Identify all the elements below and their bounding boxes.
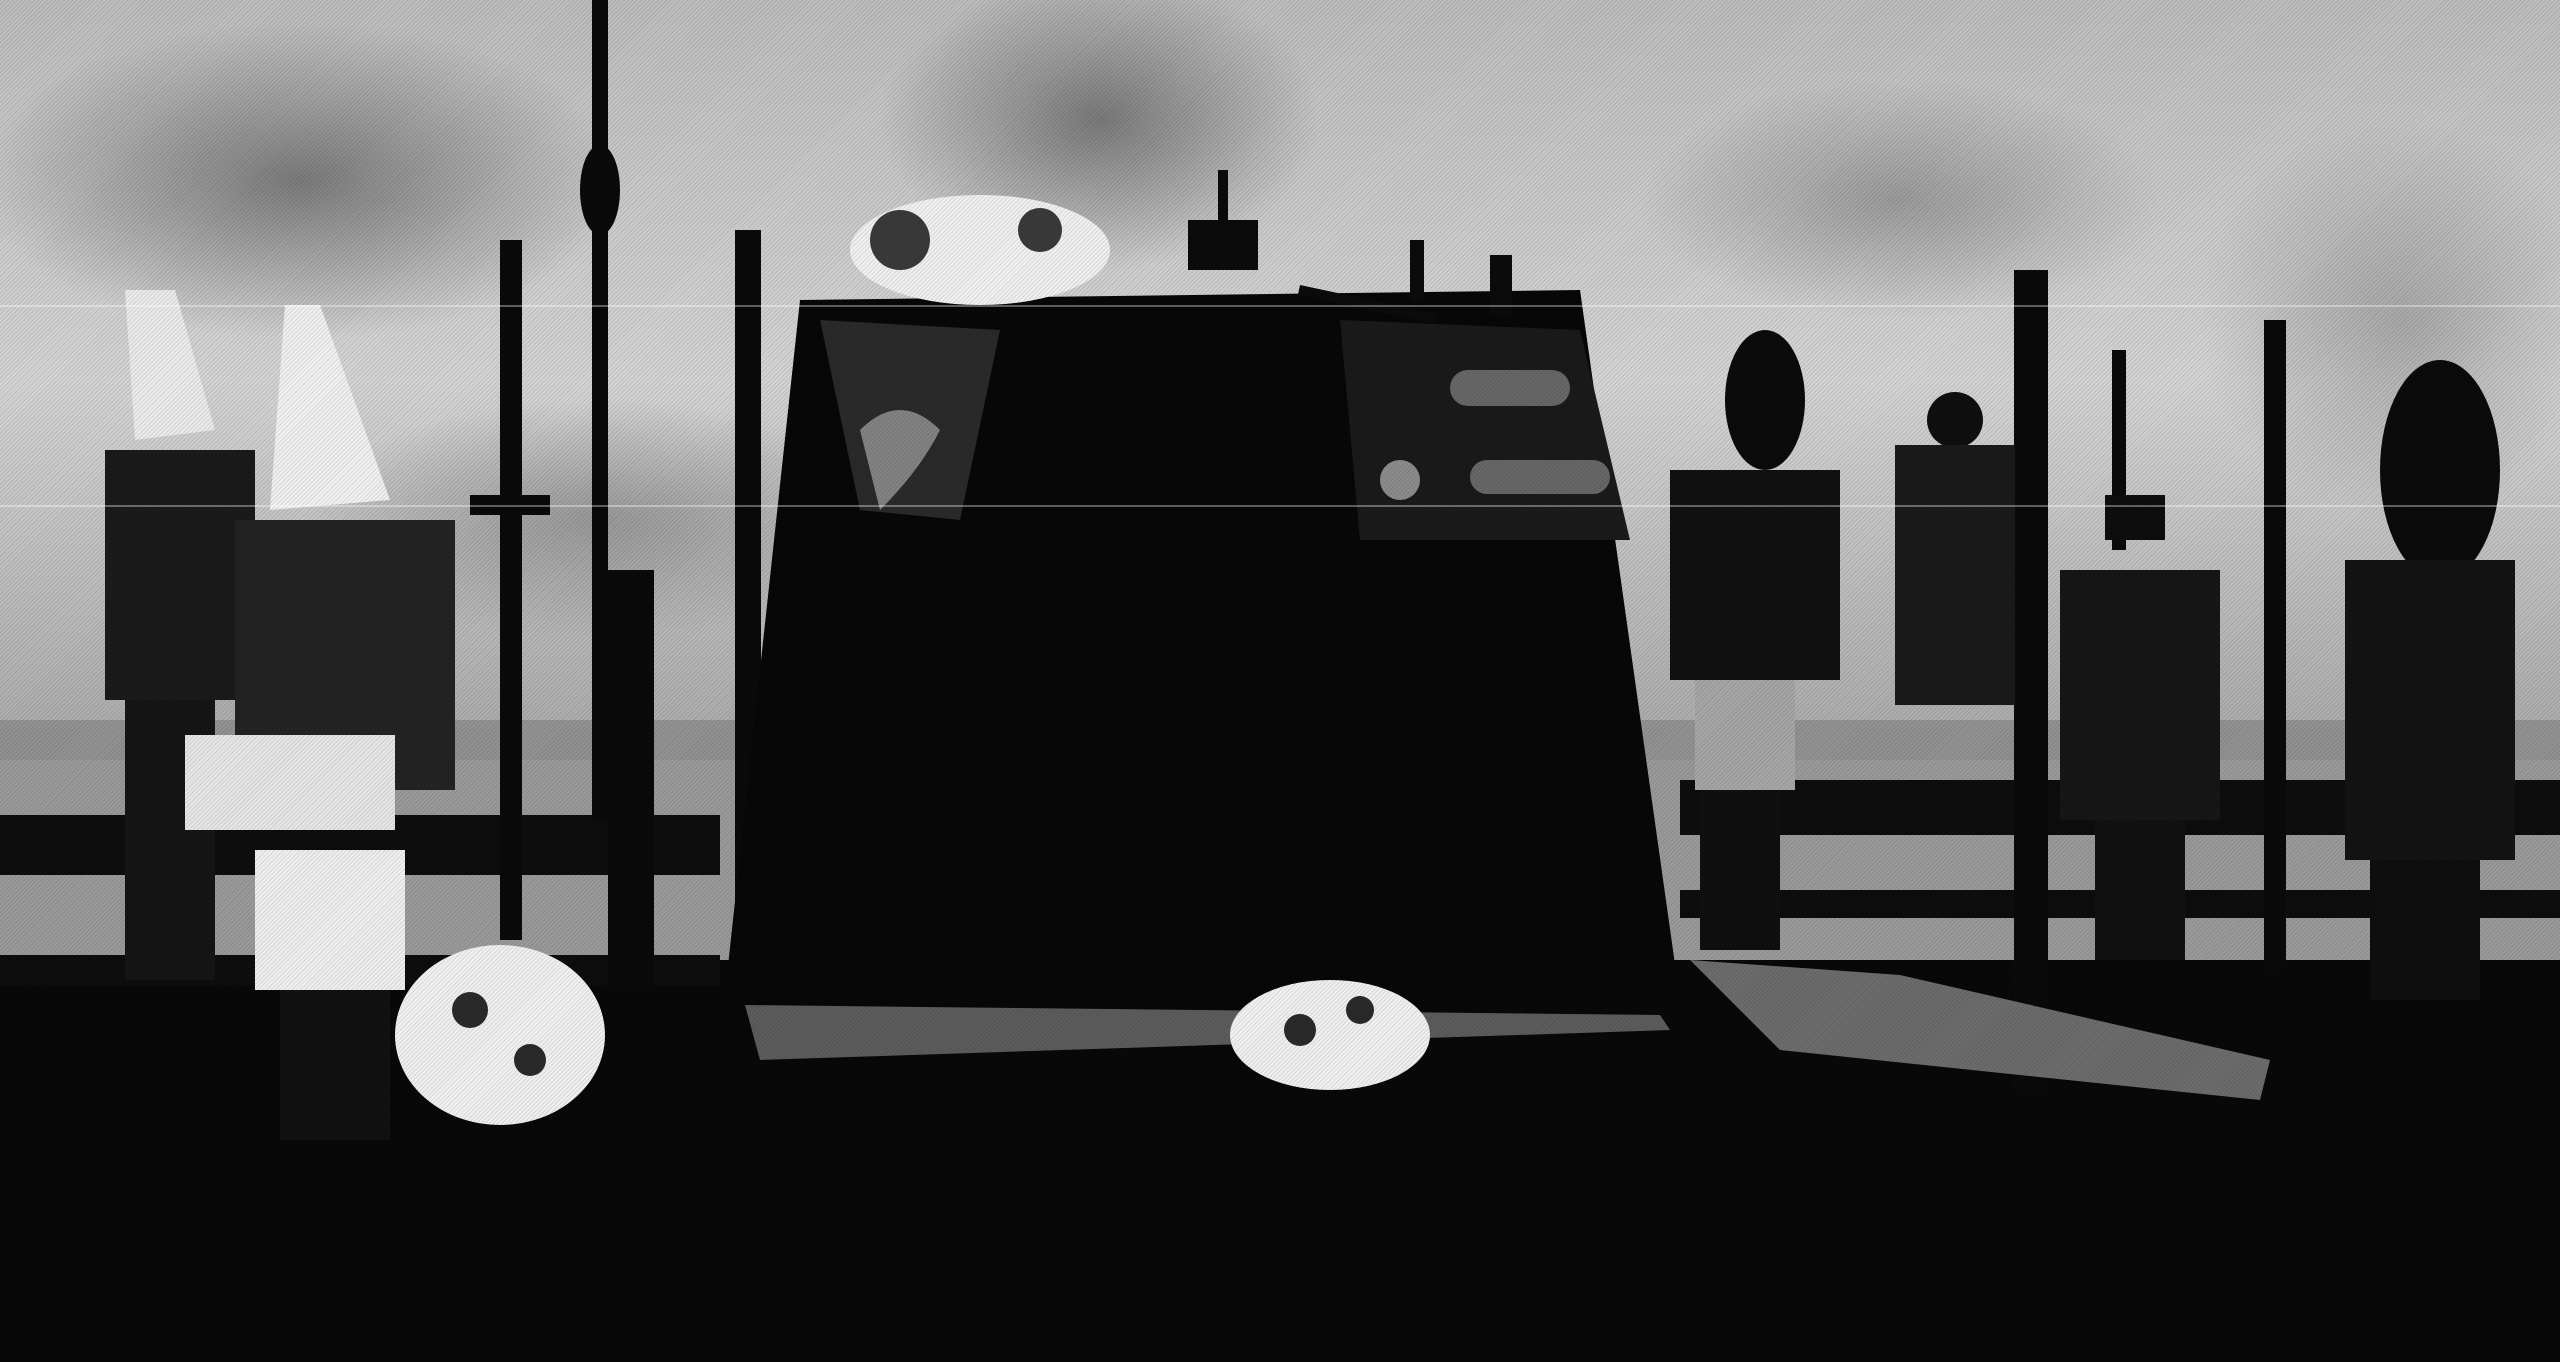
catafalque [720, 290, 1680, 1060]
photo-scene [0, 0, 2560, 1362]
halftone-photograph [0, 0, 2560, 1362]
